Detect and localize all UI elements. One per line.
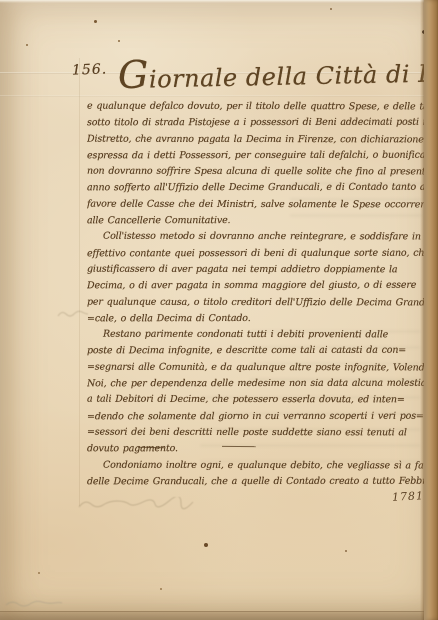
foxing-spot xyxy=(330,8,332,10)
bleedthrough-smudge xyxy=(200,396,420,476)
foxing-spot xyxy=(204,543,208,547)
foxing-spot xyxy=(94,20,97,23)
manuscript-line: e qualunque defalco dovuto, per il titol… xyxy=(87,99,424,116)
book-fore-edge xyxy=(424,0,438,620)
page-number: 156. xyxy=(72,61,108,78)
faint-margin-mark xyxy=(56,306,90,322)
bleedthrough-smudge xyxy=(290,182,422,222)
horizontal-crease xyxy=(0,95,424,97)
manuscript-line: per qualunque causa, o titolo creditori … xyxy=(87,294,424,311)
manuscript-line: effettivo contante quei possessori di be… xyxy=(87,245,424,262)
page-top-edge xyxy=(0,0,438,3)
manuscript-line: delle Decime Granducali, che a quelle di… xyxy=(87,474,424,491)
manuscript-line: Decima, o di aver pagata in somma maggio… xyxy=(87,278,424,295)
manuscript-scan: 156. Giornale della Città di Livorno e q… xyxy=(0,0,438,620)
faint-pencil-inscription xyxy=(76,497,206,513)
bleedthrough-smudge xyxy=(250,330,420,390)
page-title: Giornale della Città di Livorno xyxy=(118,47,419,97)
foxing-spot xyxy=(160,588,162,590)
foxing-spot xyxy=(345,550,347,552)
manuscript-line: =cale, o della Decima di Contado. xyxy=(87,311,424,328)
manuscript-line: Distretto, che avranno pagata la Decima … xyxy=(87,131,424,148)
foxing-spot xyxy=(26,44,28,46)
manuscript-line: espressa da i detti Possessori, per cons… xyxy=(87,148,424,165)
manuscript-line: non dovranno soffrire Spesa alcuna di qu… xyxy=(87,164,424,181)
faint-corner-mark xyxy=(4,597,64,611)
manuscript-line: sotto titolo di strada Pistojese a i pos… xyxy=(87,115,424,132)
vertical-margin-fold xyxy=(79,58,80,506)
manuscript-line: Coll'istesso metodo si dovranno anche re… xyxy=(87,229,424,246)
foxing-spot xyxy=(118,40,120,42)
manuscript-line: giustificassero di aver pagata nei tempi… xyxy=(87,262,424,279)
page-bottom-edge xyxy=(0,611,424,620)
foxing-spot xyxy=(38,572,40,574)
